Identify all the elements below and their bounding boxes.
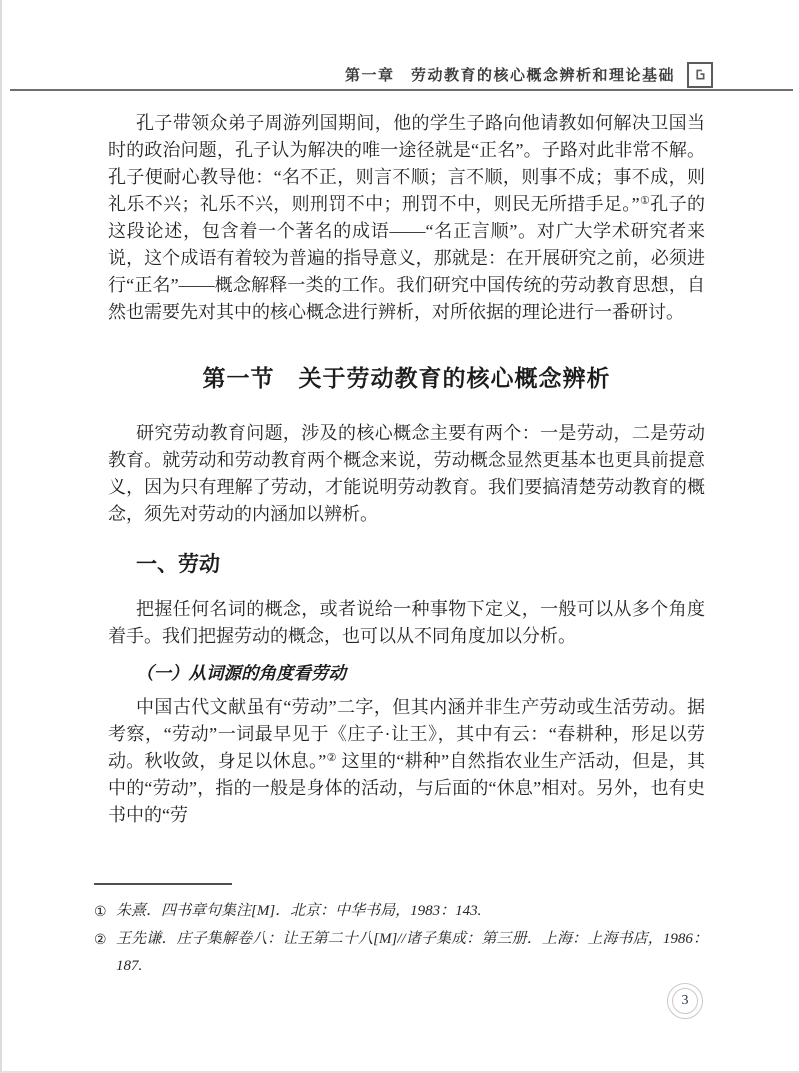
page-number: 3 — [672, 988, 698, 1014]
footnote-marker: ② — [94, 926, 116, 954]
paragraph-text: 孔子带领众弟子周游列国期间，他的学生子路向他请教如何解决卫国当时的政治问题，孔子… — [108, 113, 705, 214]
footnote-separator — [94, 883, 232, 885]
paragraph-ancient-texts: 中国古代文献虽有“劳动”二字，但其内涵并非生产劳动或生活劳动。据考察，“劳动”一… — [108, 694, 705, 829]
heading-etymology: （一）从词源的角度看劳动 — [136, 660, 705, 686]
header-rule — [10, 89, 793, 91]
page-number-badge: 3 — [667, 983, 703, 1019]
paragraph-definition-angles: 把握任何名词的概念，或者说给一种事物下定义，一般可以从多个角度着手。我们把握劳动… — [108, 596, 705, 650]
section-title: 第一节 关于劳动教育的核心概念辨析 — [108, 362, 705, 396]
footnote-ref-2: ② — [326, 752, 336, 764]
main-text-column: 孔子带领众弟子周游列国期间，他的学生子路向他请教如何解决卫国当时的政治问题，孔子… — [108, 97, 705, 829]
footnote-item: ① 朱熹．四书章句集注[M]．北京：中华书局，1983：143. — [94, 898, 708, 926]
book-page: 第一章 劳动教育的核心概念辨析和理论基础 孔子带领众弟子周游列国期间，他的学生子… — [0, 0, 799, 1073]
footnote-ref-1: ① — [640, 195, 651, 207]
footnote-area: ① 朱熹．四书章句集注[M]．北京：中华书局，1983：143. ② 王先谦．庄… — [94, 883, 708, 980]
running-head-chapter-title: 第一章 劳动教育的核心概念辨析和理论基础 — [345, 64, 675, 85]
footnote-text: 朱熹．四书章句集注[M]．北京：中华书局，1983：143. — [116, 898, 708, 925]
heading-labor: 一、劳动 — [136, 550, 705, 580]
footnote-text: 王先谦．庄子集解卷八：让王第二十八[M]//诸子集成：第三册．上海：上海书店，1… — [116, 926, 708, 980]
footnote-item: ② 王先谦．庄子集解卷八：让王第二十八[M]//诸子集成：第三册．上海：上海书店… — [94, 926, 708, 980]
spiral-ornament-icon — [687, 62, 713, 88]
paragraph-core-concepts: 研究劳动教育问题，涉及的核心概念主要有两个：一是劳动，二是劳动教育。就劳动和劳动… — [108, 420, 705, 528]
paragraph-confucius-story: 孔子带领众弟子周游列国期间，他的学生子路向他请教如何解决卫国当时的政治问题，孔子… — [108, 110, 705, 326]
footnote-marker: ① — [94, 898, 116, 926]
